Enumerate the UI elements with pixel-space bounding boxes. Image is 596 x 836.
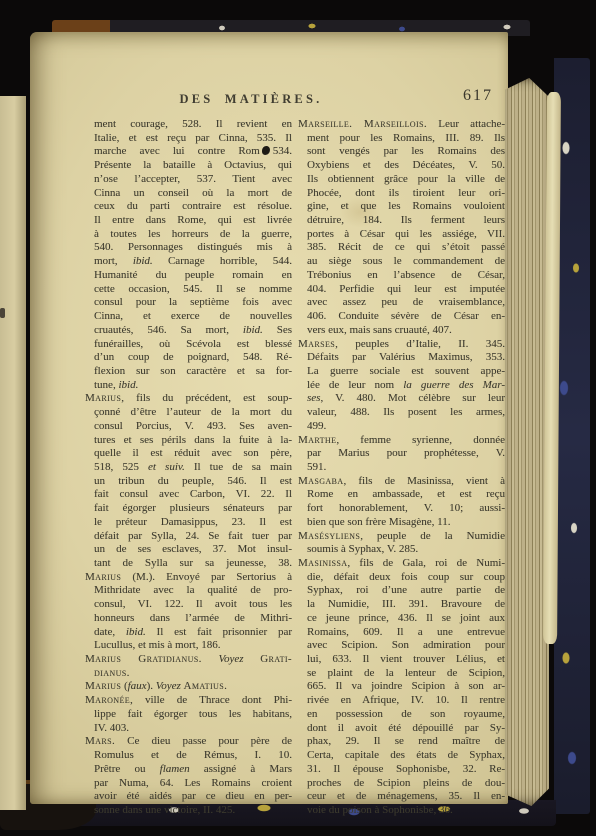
- text-line: fort honorablement, V. 10; aussi-: [298, 502, 505, 516]
- text-line: Marius (M.). Envoyé par Sertorius à: [85, 571, 292, 585]
- text-line: se plaint de la lenteur de Scipion,: [298, 667, 505, 681]
- text-line: avec assez peu de vraisemblance,: [298, 296, 505, 310]
- text-line: avoir été aidés par ce dieu en per-: [85, 790, 292, 804]
- text-line: lippe fait égorger tous les habitans,: [85, 708, 292, 722]
- text-line: phax, 29. Il se rend maître de: [298, 735, 505, 749]
- text-line: Marses, peuples d’Italie, II. 345.: [298, 338, 505, 352]
- text-line: Cinna, et exerce de nouvelles: [85, 310, 292, 324]
- book-page: DES MATIÈRES. 617 ment courage, 528. Il …: [30, 32, 508, 804]
- text-line: Marius, fils du précédent, est soup-: [85, 392, 292, 406]
- text-line: Phocée, dont ils tiroient leur ori-: [298, 187, 505, 201]
- index-column-left: ment courage, 528. Il revient enItalie, …: [85, 118, 292, 818]
- text-line: 406. Conduite sévère de César en-: [298, 310, 505, 324]
- text-line: Marseille. Marseillois. Leur attache-: [298, 118, 505, 132]
- text-line: dont il avoit été dépouillé par Sy-: [298, 722, 505, 736]
- text-line: honneurs dans l’armée de Mithri-: [85, 612, 292, 626]
- text-line: un tribun du peuple, 546. Il est: [85, 475, 292, 489]
- text-line: tant de Sylla sur sa jeunesse, 38.: [85, 557, 292, 571]
- text-line: 540. Personnages distingués mis à: [85, 241, 292, 255]
- text-line: çonné d’être l’auteur de la mort du: [85, 406, 292, 420]
- text-line: sont vengés par les Romains des: [298, 145, 505, 159]
- page-fore-edge-stack: [505, 78, 549, 806]
- text-line: die, défait deux fois coup sur coup: [298, 571, 505, 585]
- text-line: à toutes les horreurs de la guerre,: [85, 228, 292, 242]
- text-line: gine, et que les Romains vouloient: [298, 200, 505, 214]
- text-line: ceux du parti contraire est résolue.: [85, 200, 292, 214]
- text-line: ceur et de ménagemens, 35. Il en-: [298, 790, 505, 804]
- page-edge-mark: [0, 308, 5, 318]
- text-line: Masinissa, fils de Gala, roi de Numi-: [298, 557, 505, 571]
- text-line: défait par Sylla, 24. Se fait tuer par: [85, 530, 292, 544]
- text-line: Certa, capitale des états de Syphax,: [298, 749, 505, 763]
- text-line: ment pour les Romains, III. 89. Ils: [298, 132, 505, 146]
- text-line: cette occasion, 545. Il se nomme: [85, 283, 292, 297]
- text-line: marche avec lui contre Rom534.: [85, 145, 292, 159]
- text-line: cruautés, 546. Sa mort, ibid. Ses: [85, 324, 292, 338]
- text-line: en possession de son royaume,: [298, 708, 505, 722]
- text-line: Masgaba, fils de Masinissa, vient à: [298, 475, 505, 489]
- book-photo: DES MATIÈRES. 617 ment courage, 528. Il …: [0, 0, 596, 836]
- text-line: 665. Il va joindre Scipion à son ar-: [298, 680, 505, 694]
- text-line: Humanité du peuple romain en: [85, 269, 292, 283]
- text-line: Romulus et de Rémus, I. 10.: [85, 749, 292, 763]
- text-line: funérailles, où Scévola est blessé: [85, 338, 292, 352]
- text-line: Cinna un conseil où la mort de: [85, 187, 292, 201]
- text-line: Maronée, ville de Thrace dont Phi-: [85, 694, 292, 708]
- text-line: tures et ses périls dans la fuite à la-: [85, 434, 292, 448]
- ink-blot: [262, 146, 270, 155]
- text-line: Masésyliens, peuple de la Numidie: [298, 530, 505, 544]
- text-line: 404. Perfidie qui leur est imputée: [298, 283, 505, 297]
- text-line: consul, VI. 122. Il avoit tous les: [85, 598, 292, 612]
- text-line: Romains, 609. Il a une entrevue: [298, 626, 505, 640]
- text-line: la Numidie, III. 391. Bravoure de: [298, 598, 505, 612]
- text-line: Ils obtiennent grâce pour la ville de: [298, 173, 505, 187]
- text-line: d’un coup de poignard, 548. Ré-: [85, 351, 292, 365]
- text-line: Trébonius en l’absence de César,: [298, 269, 505, 283]
- text-line: Présente la bataille à Octavius, qui: [85, 159, 292, 173]
- text-line: n’ose l’accepter, 537. Tient avec: [85, 173, 292, 187]
- text-line: 518, 525 et suiv. Il tue de sa main: [85, 461, 292, 475]
- text-line: Mars. Ce dieu passe pour père de: [85, 735, 292, 749]
- text-line: Marius Gratidianus. Voyez Grati-: [85, 653, 292, 667]
- index-column-right: Marseille. Marseillois. Leur attache-men…: [298, 118, 505, 818]
- text-line: fait égorger plusieurs sénateurs par: [85, 502, 292, 516]
- text-line: ses, V. 480. Mot célèbre sur leur: [298, 392, 505, 406]
- page-number: 617: [463, 87, 493, 105]
- text-line: 385. Récit de ce qui s’étoit passé: [298, 241, 505, 255]
- text-line: consul pour la septième fois avec: [85, 296, 292, 310]
- text-line: Il entre dans Rome, qui est livrée: [85, 214, 292, 228]
- text-line: Marius (faux). Voyez Amatius.: [85, 680, 292, 694]
- text-line: Prêtre ou flamen assigné à Mars: [85, 763, 292, 777]
- text-line: Oxybiens et des Décéates, V. 50.: [298, 159, 505, 173]
- text-line: flexion sur son caractère et sa for-: [85, 365, 292, 379]
- text-line: mort, ibid. Carnage horrible, 544.: [85, 255, 292, 269]
- text-line: lui, 633. Il vient trouver Lélius, et: [298, 653, 505, 667]
- text-line: Mithridate avec la qualité de pro-: [85, 584, 292, 598]
- text-line: Défaits par Valérius Maximus, 353.: [298, 351, 505, 365]
- text-line: Marthe, femme syrienne, donnée: [298, 434, 505, 448]
- text-line: fait consul avec Carbon, VI. 22. Il: [85, 488, 292, 502]
- text-line: au siège sous le commandement de: [298, 255, 505, 269]
- text-line: proches de Scipion pleins de dou-: [298, 777, 505, 791]
- text-line: le préteur Damasippus, 23. Il est: [85, 516, 292, 530]
- text-line: Syphax, roi d’une autre partie de: [298, 584, 505, 598]
- page-header: DES MATIÈRES. 617: [85, 92, 497, 114]
- text-line: par Marius pour prophétesse, V.: [298, 447, 505, 461]
- text-line: lée de leur nom la guerre des Mar-: [298, 379, 505, 393]
- text-line: valeur, 488. Ils posent les armes,: [298, 406, 505, 420]
- text-line: Italie, et est reçu par Cinna, 535. Il: [85, 132, 292, 146]
- text-line: Rome en ambassade, et est reçu: [298, 488, 505, 502]
- text-line: détruire, 184. Ils ferment leurs: [298, 214, 505, 228]
- text-line: portes à César qui les assiége, VII.: [298, 228, 505, 242]
- text-line: un de ses esclaves, 37. Mot insul-: [85, 543, 292, 557]
- page-header-title: DES MATIÈRES.: [85, 92, 417, 107]
- facing-page-edge: [0, 96, 26, 810]
- text-line: consul Porcius, V. 493. Ses aven-: [85, 420, 292, 434]
- text-line: avec Scipion. Son admiration pour: [298, 639, 505, 653]
- text-line: ce jeune prince, 436. Il se joint aux: [298, 612, 505, 626]
- text-line: date, ibid. Il est fait prisonnier par: [85, 626, 292, 640]
- text-line: quelle il est réduit avec son père,: [85, 447, 292, 461]
- text-line: 31. Il épouse Sophonisbe, 32. Re-: [298, 763, 505, 777]
- text-line: La guerre sociale est souvent appe-: [298, 365, 505, 379]
- text-line: par Numa, 64. Les Romains croient: [85, 777, 292, 791]
- text-line: ment courage, 528. Il revient en: [85, 118, 292, 132]
- text-line: rivée en Afrique, IV. 10. Il rentre: [298, 694, 505, 708]
